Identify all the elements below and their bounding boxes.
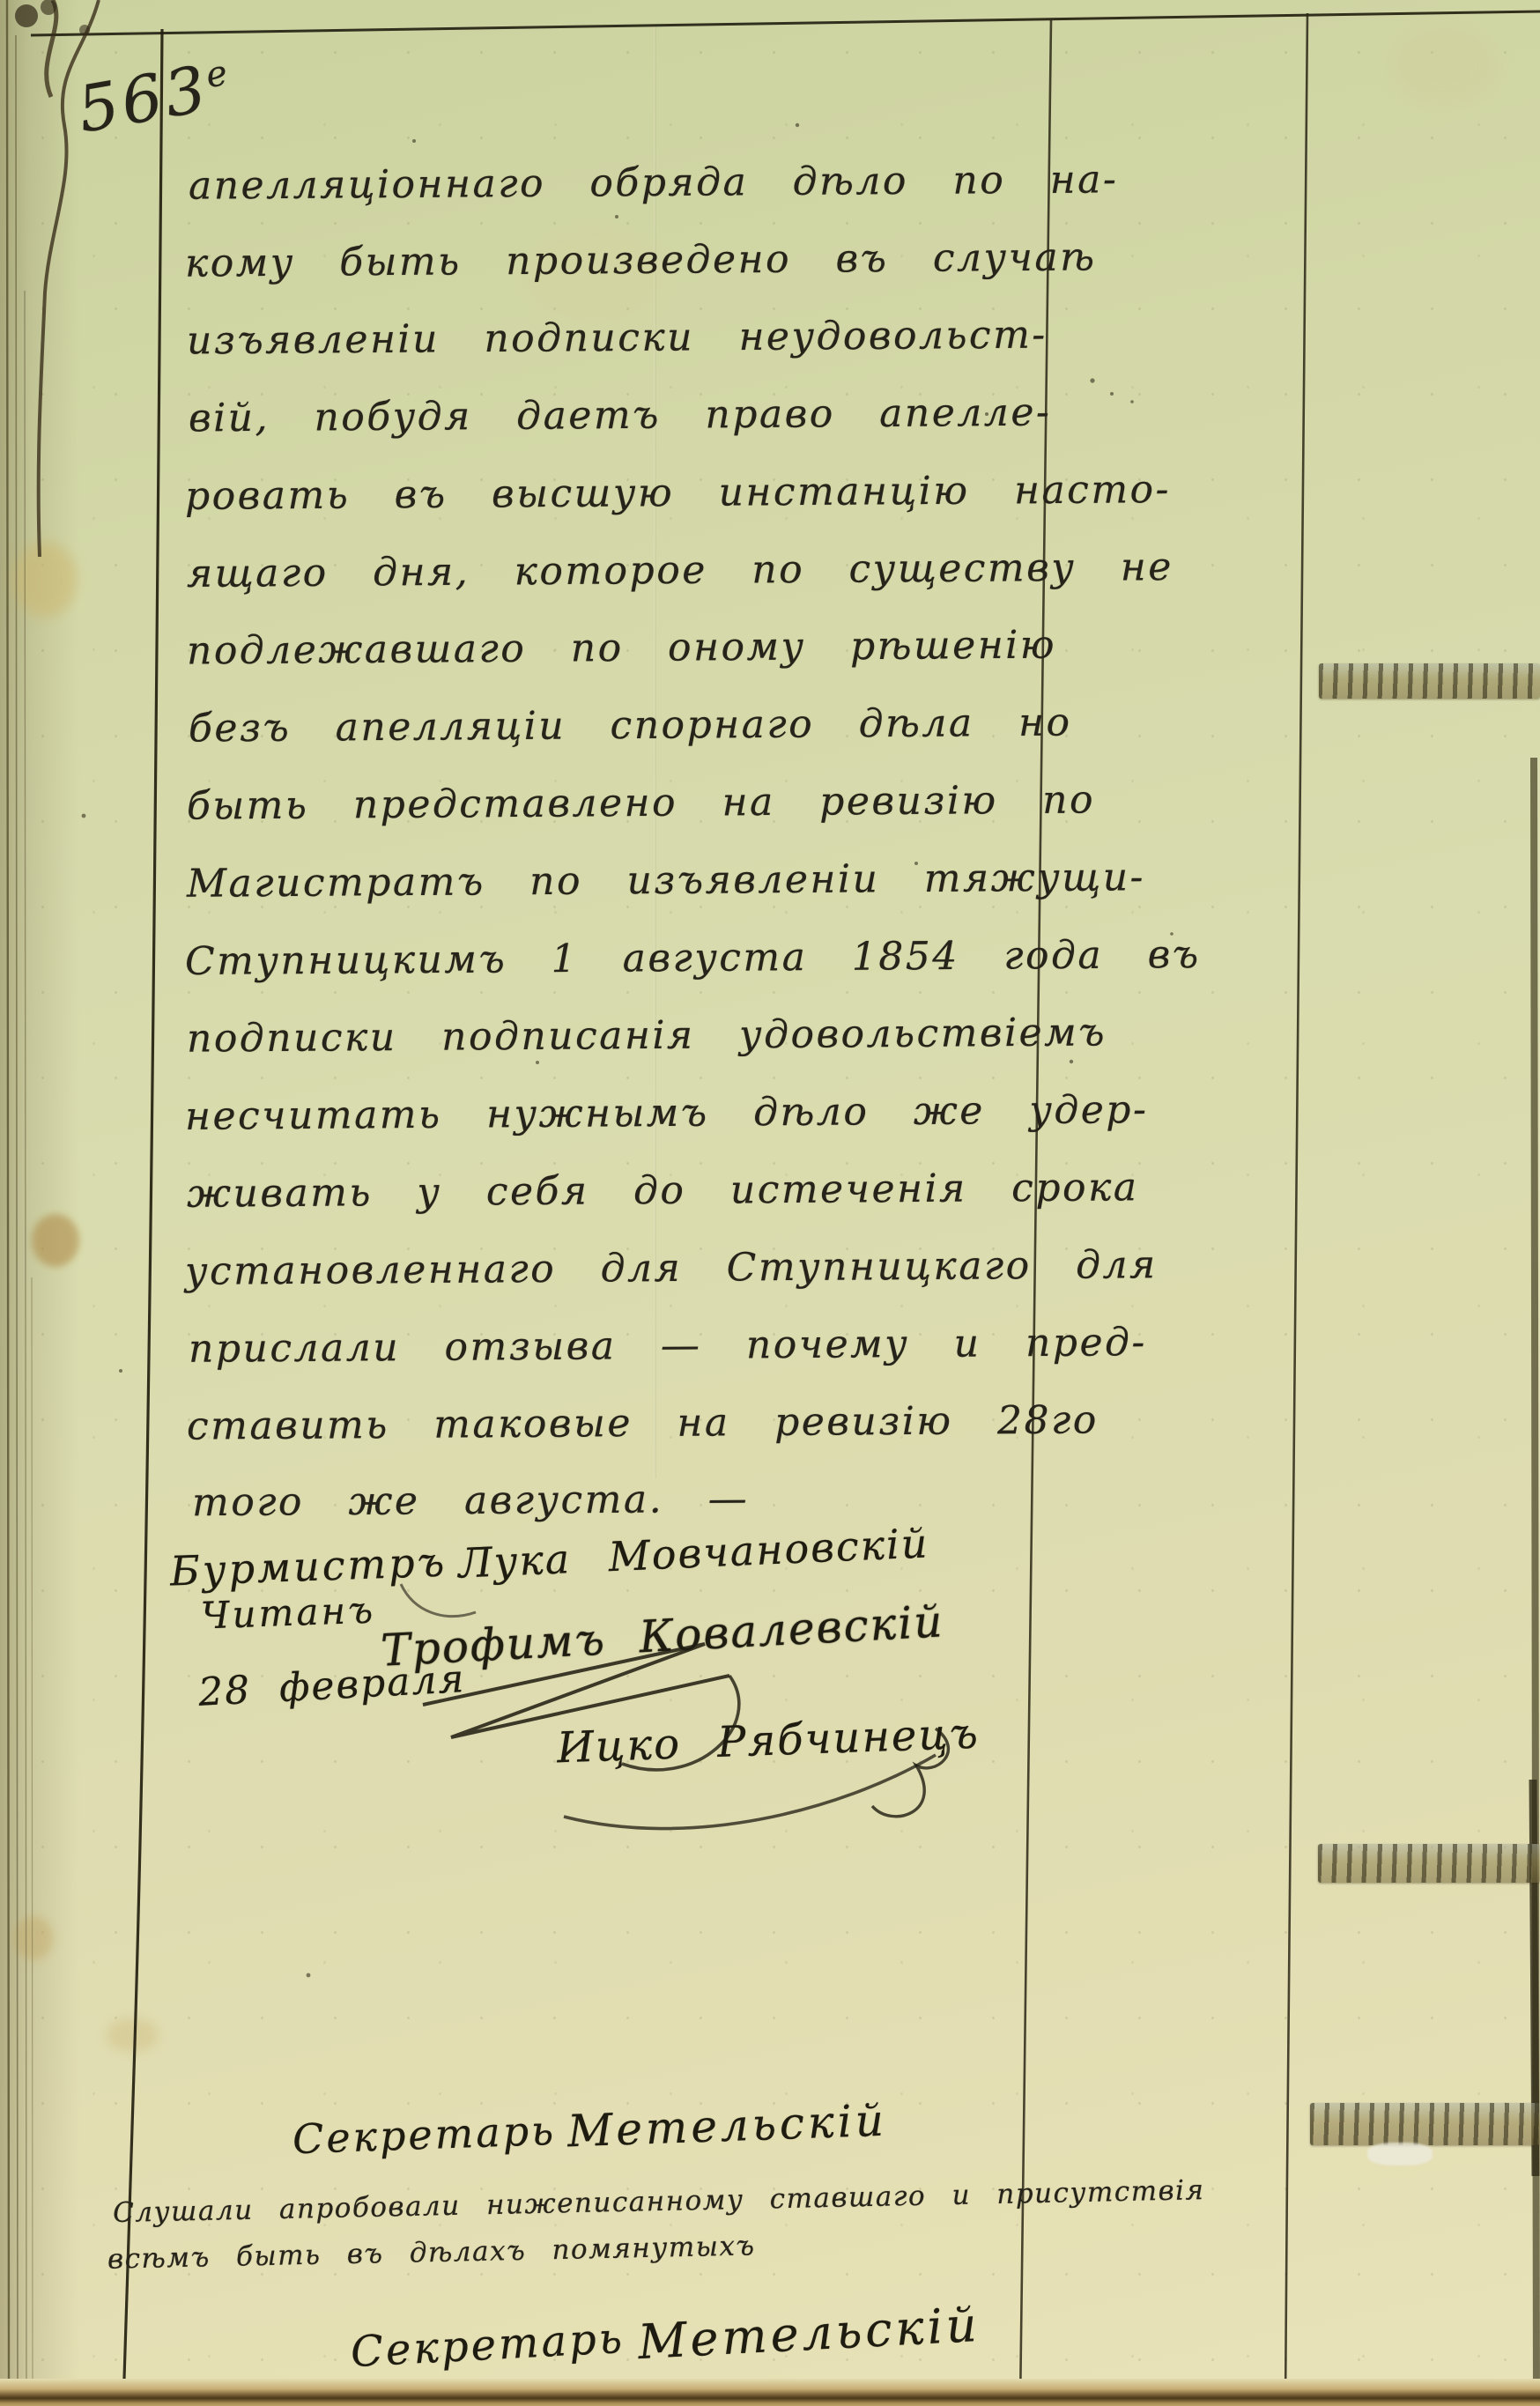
- page-number-suffix: е: [203, 52, 233, 96]
- margin-note-date: 28 февраля: [197, 1660, 466, 1713]
- manuscript-line: безъ апелляціи спорнаго дѣла но: [189, 704, 1072, 749]
- tape-repair: [1319, 663, 1540, 699]
- page-number: 563е: [73, 52, 238, 142]
- page-number-value: 563: [72, 51, 215, 147]
- right-page-edge: [1534, 758, 1536, 2406]
- signature-itsko-ryabchinets: Ицко Рябчинецъ: [556, 1713, 980, 1770]
- resolution-line: Слушали апробовали нижеписанному ставшаг…: [113, 2177, 1205, 2227]
- manuscript-line: ровать въ высшую инстанцію насто-: [185, 470, 1171, 516]
- tape-repair: [1318, 1844, 1540, 1883]
- right-page-edge-dark: [1533, 1780, 1536, 2176]
- manuscript-line: Магистратъ по изъявленіи тяжущи-: [187, 858, 1145, 904]
- manuscript-line: ставить таковые на ревизію 28го: [187, 1401, 1099, 1446]
- manuscript-line: быть представлено на ревизію по: [187, 781, 1095, 825]
- paper-patch: [1367, 2143, 1433, 2165]
- column-rule-3: [1285, 13, 1307, 2406]
- manuscript-line: несчитать нужнымъ дѣло же удер-: [185, 1091, 1149, 1136]
- footer-secretary-title: Секретарь: [350, 2317, 626, 2373]
- secretary-name-metelsky: Метельскій: [566, 2099, 887, 2154]
- top-rule: [31, 11, 1540, 35]
- manuscript-line: установленнаго для Ступницкаго для: [185, 1246, 1158, 1292]
- binding-edge: [16, 35, 18, 2406]
- stain: [1392, 26, 1498, 106]
- manuscript-line: вій, побудя даетъ право апелле-: [189, 394, 1052, 439]
- column-rule-2: [1020, 20, 1051, 2406]
- margin-rule: [123, 29, 162, 2406]
- stain: [106, 2017, 159, 2053]
- stain: [32, 1214, 79, 1267]
- manuscript-line: ящаго дня, которое по существу не: [187, 548, 1174, 594]
- resolution-line: всѣмъ быть въ дѣлахъ помянутыхъ: [107, 2232, 756, 2273]
- signature-title-burmistr: Бурмистръ: [169, 1542, 448, 1592]
- margin-note-read: Читанъ: [200, 1592, 375, 1635]
- manuscript-line: подписки подписанія удовольствіемъ: [187, 1013, 1107, 1058]
- manuscript-line: кому быть произведено въ случаѣ: [185, 238, 1097, 283]
- footer-secretary-name: Метельскій: [637, 2301, 981, 2366]
- binding-edge: [25, 291, 26, 2406]
- stain: [14, 1916, 53, 1960]
- gutter-ink-smear: [47, 0, 56, 97]
- manuscript-page: 563е апелляціоннаго обряда дѣло по на- к…: [0, 0, 1540, 2406]
- secretary-title: Секретарь: [292, 2110, 557, 2159]
- manuscript-line: Ступницкимъ 1 августа 1854 года въ: [185, 936, 1201, 981]
- manuscript-line: изъявленіи подписки неудовольст-: [187, 316, 1048, 361]
- manuscript-line: подлежавшаго по оному рѣшенію: [187, 626, 1056, 671]
- tape-repair: [1310, 2103, 1540, 2145]
- manuscript-line: прислали отзыва — почему и пред-: [189, 1323, 1147, 1369]
- title-swash: [401, 1584, 476, 1617]
- binding-edge: [7, 0, 9, 2406]
- manuscript-line: того же августа. —: [192, 1480, 749, 1522]
- manuscript-line: живать у себя до истеченія срока: [187, 1168, 1139, 1214]
- bottom-page-edge: [0, 2379, 1540, 2406]
- stain: [12, 542, 78, 618]
- signature-luka-movchanovsky: Лука Мовчановскій: [457, 1522, 929, 1583]
- manuscript-line: апелляціоннаго обряда дѣло по на-: [189, 160, 1119, 205]
- binding-edge: [32, 1277, 33, 2406]
